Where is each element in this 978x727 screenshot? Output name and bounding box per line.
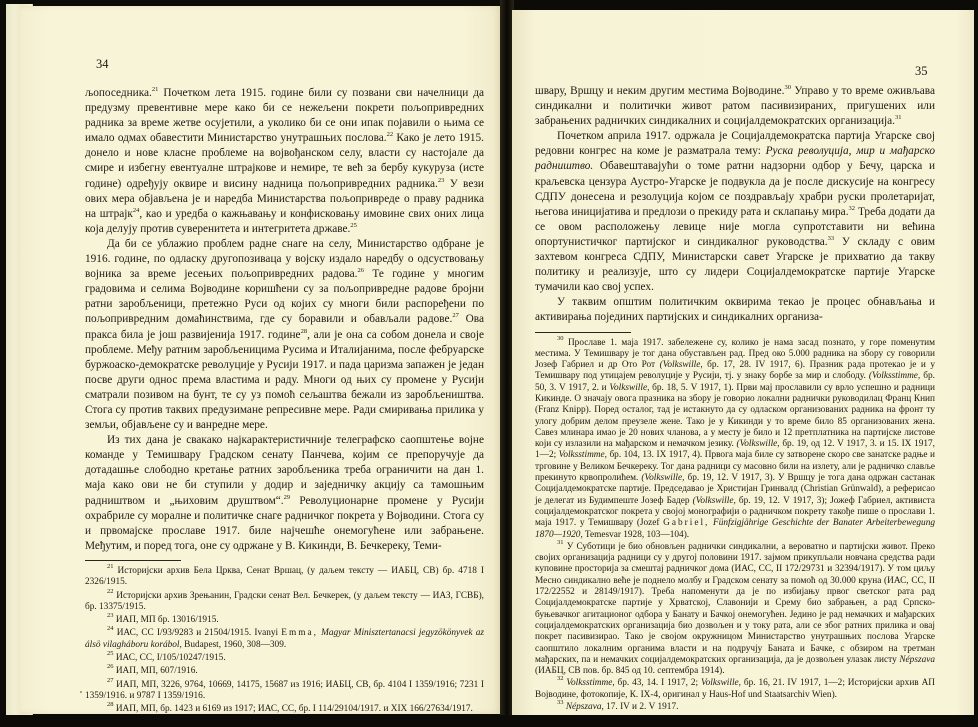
footnote-divider bbox=[85, 560, 181, 561]
right-page: 35 швару, Вршцу и неким другим местима В… bbox=[512, 10, 974, 716]
left-page: 34 љопоседника.21 Почетком лета 1915. го… bbox=[20, 6, 502, 714]
footnote: 25 ИАС, СС, I/105/10247/1915. bbox=[85, 653, 484, 664]
page-number-right: 35 bbox=[915, 64, 928, 79]
footnote: 24 ИАС, СС I/93/9283 и 21504/1915. Ivany… bbox=[85, 628, 484, 651]
paragraph: Почетком априла 1917. одржала је Социјал… bbox=[535, 129, 935, 295]
footnote-divider bbox=[535, 332, 631, 333]
footnote: 21 Историјски архив Бела Црква, Сенат Вр… bbox=[85, 566, 484, 589]
footnote: 33 Népszava, 17. IV и 2. V 1917. bbox=[535, 702, 935, 713]
footnote: 30 Прославе 1. маја 1917. забележене су,… bbox=[535, 338, 935, 541]
footnote: 32 Volksstimme, бр. 43, 14. I 1917, 2; V… bbox=[535, 678, 935, 701]
scan-bottom-border bbox=[0, 715, 978, 727]
paragraph: Из тих дана је свакако најкарактеристичн… bbox=[85, 433, 484, 554]
footnote: 31 У Суботици је био обновљен раднички с… bbox=[535, 542, 935, 678]
left-page-body: љопоседника.21 Почетком лета 1915. годин… bbox=[85, 86, 484, 727]
paragraph: У таквим општим политичким оквирима тека… bbox=[535, 295, 935, 325]
paragraph: љопоседника.21 Почетком лета 1915. годин… bbox=[85, 86, 484, 237]
footnote: 27 ИАП, МП, 3226, 9764, 10669, 14175, 15… bbox=[85, 680, 484, 703]
left-footnotes: 21 Историјски архив Бела Црква, Сенат Вр… bbox=[85, 566, 484, 727]
paragraph: швару, Вршцу и неким другим местима Војв… bbox=[535, 84, 935, 129]
footnote: 26 ИАП, МП, 607/1916. bbox=[85, 666, 484, 677]
footnote: 23 ИАП, МП бр. 13016/1915. bbox=[85, 615, 484, 626]
footnote: 22 Историјски архив Зрењанин, Градски се… bbox=[85, 591, 484, 614]
book-spread: 34 љопоседника.21 Почетком лета 1915. го… bbox=[0, 0, 978, 727]
right-footnotes: 30 Прославе 1. маја 1917. забележене су,… bbox=[535, 338, 935, 714]
page-number-left: 34 bbox=[96, 57, 109, 72]
paper-speck bbox=[80, 691, 82, 693]
footnote: 28 ИАП, МП, бр. 1423 и 6169 из 1917; ИАС… bbox=[85, 704, 484, 715]
right-page-body: швару, Вршцу и неким другим местима Војв… bbox=[535, 84, 935, 714]
paragraph: Да би се ублажио проблем радне снаге на … bbox=[85, 237, 484, 433]
